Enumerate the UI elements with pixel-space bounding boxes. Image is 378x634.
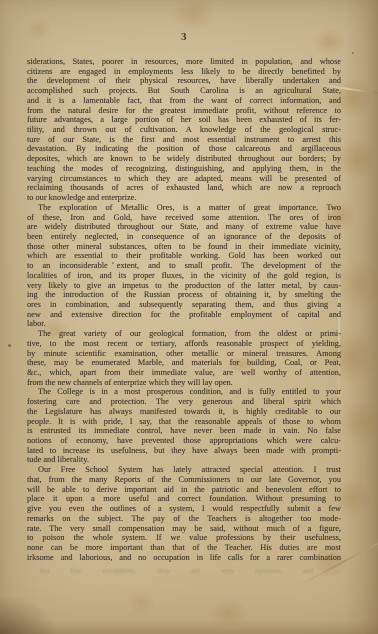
text-line: to an inconsiderable extent, and to smal… [27, 261, 341, 271]
text-line: none can be more important than that of … [27, 543, 341, 553]
paper-speck [8, 344, 11, 347]
text-line: lated to increase its usefulness, but th… [27, 446, 341, 456]
text-line: The exploration of Metallic Ores, is a m… [27, 203, 341, 213]
text-line: is entrusted its immediate control, have… [27, 426, 341, 436]
text-line: to poison the whole system. If we value … [27, 533, 341, 543]
text-line: The great variety of our geological form… [27, 329, 341, 339]
text-line: localities of iron, and its proper fluxe… [27, 271, 341, 281]
text-line: place it upon a more useful and correct … [27, 494, 341, 504]
text-line: Our Free School System has lately attrac… [27, 465, 341, 475]
paper-stain [170, 0, 216, 30]
text-line: that, from the many Reports of the Commi… [27, 475, 341, 485]
text-line: tive, to the most recent or tertiary, af… [27, 339, 341, 349]
body-text: siderations, States, poorer in resources… [27, 57, 341, 562]
text-line: which are essential to their profitable … [27, 251, 341, 261]
text-line: very likely to give an impetus to the pr… [27, 281, 341, 291]
text-line: devastation. By indicating the position … [27, 144, 341, 154]
text-line: future advantages, a large portion of he… [27, 115, 341, 125]
text-line: of these, Iron and Gold, have received s… [27, 213, 341, 223]
text-line: labor. [27, 319, 341, 329]
text-line: are widely distributed throughout our St… [27, 222, 341, 232]
text-line: fostering care and protection. The very … [27, 397, 341, 407]
page-number: 3 [27, 31, 341, 43]
text-line: to our knowledge and enterprize. [27, 193, 341, 203]
text-line: tude and liberality. [27, 455, 341, 465]
text-line: rate. The very small compensation may be… [27, 524, 341, 534]
text-line: ores in combination, and subsequently se… [27, 300, 341, 310]
verso-showthrough-text: but few exceptions, they are very ignora… [40, 566, 340, 576]
text-line: by minute scientific examination, other … [27, 349, 341, 359]
text-line: give you even the outlines of a system, … [27, 504, 341, 514]
text-line: new and extensive direction for the prof… [27, 310, 341, 320]
text-line: The College is in a most prosperous cond… [27, 387, 341, 397]
text-line: ing the introduction of the Russian proc… [27, 290, 341, 300]
text-line: from the natural desire for the greatest… [27, 106, 341, 116]
text-line: reclaiming thousands of acres of exhaust… [27, 183, 341, 193]
text-line: people. It is with pride, I say, that th… [27, 417, 341, 427]
text-line: irksome and laborious, and no occupation… [27, 553, 341, 563]
text-line: ture of our State, is the first and most… [27, 135, 341, 145]
text-line: accomplished such projects. But South Ca… [27, 86, 341, 96]
text-line: and it is a lamentable fact, that from t… [27, 96, 341, 106]
text-line: will be able to derive important aid in … [27, 485, 341, 495]
paper-stain [126, 590, 156, 614]
scanned-page: 3 siderations, States, poorer in resourc… [0, 0, 378, 634]
text-line: remarks on the subject. The pay of the T… [27, 514, 341, 524]
text-line: been entirely neglected, in consequence … [27, 232, 341, 242]
text-line: the development of their physical resour… [27, 76, 341, 86]
text-line: tility, and thrown out of cultivation. A… [27, 125, 341, 135]
text-line: citizens are engaged in employments less… [27, 67, 341, 77]
text-line: the Legislature has always manifested to… [27, 407, 341, 417]
text-line: notions of economy, have prevented those… [27, 436, 341, 446]
text-line: those other mineral substances, often to… [27, 242, 341, 252]
text-line: deposites, which are known to be widely … [27, 154, 341, 164]
text-line: from the new channels of enterprize whic… [27, 378, 341, 388]
text-line: &c., which, apart from their immediate v… [27, 368, 341, 378]
text-line: teaching the modes of recognizing, disti… [27, 164, 341, 174]
text-line: varying circumstances to which they are … [27, 174, 341, 184]
text-line: siderations, States, poorer in resources… [27, 57, 341, 67]
page-edge-shadow [344, 0, 378, 634]
text-line: these, may be enumerated Marble, and mat… [27, 358, 341, 368]
